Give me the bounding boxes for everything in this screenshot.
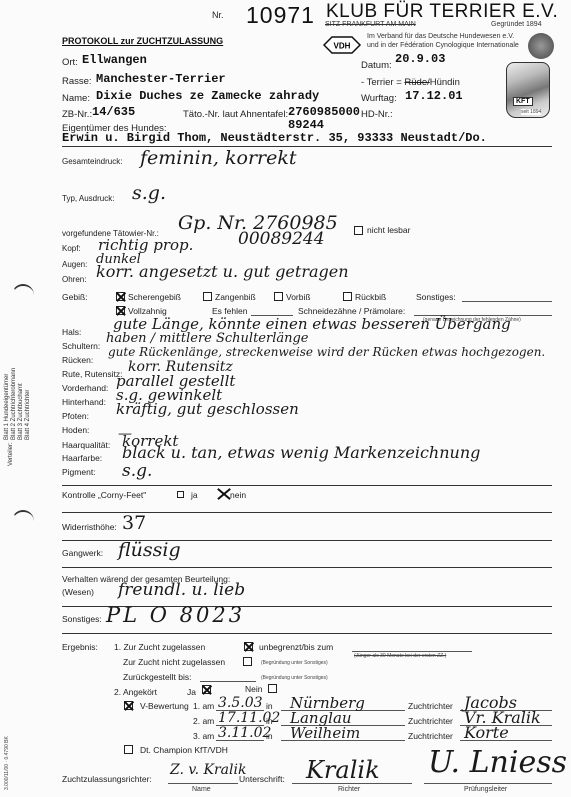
gebiss-label: Gebiß:	[62, 292, 88, 302]
blatt-4: Blatt 4 Zuchtrichter	[25, 390, 31, 440]
rasse-label: Rasse:	[62, 76, 92, 87]
unbegrenzt-hint: (Jünger als 30 Monate bei der ersten ZZ.…	[354, 653, 446, 659]
punch-hole-top	[12, 284, 34, 306]
verhalten-value: freundl. u. lieb	[118, 580, 245, 600]
nicht-zugelassen-hint: (Begründung unter Sonstiges)	[261, 660, 328, 666]
nicht-zugelassen-checkbox[interactable]	[243, 657, 252, 666]
print-code: 3.000/11/00 · 0.4790 BK	[4, 736, 10, 790]
ergebnis-label: Ergebnis:	[62, 642, 98, 652]
gesamteindruck-value: feminin, korrekt	[140, 147, 297, 169]
tato-label: Täto.-Nr. laut Ahnentafel:	[183, 109, 288, 120]
datum-value: 20.9.03	[395, 52, 445, 66]
zb-label: ZB-Nr.:	[62, 109, 92, 120]
tato-value-1: 2760985000	[288, 105, 360, 119]
ort-label: Ort:	[62, 57, 78, 68]
name-line[interactable]	[168, 783, 238, 784]
richter-signature: Kralik	[306, 756, 380, 784]
zuchtzulassungsrichter-label: Zuchtzulassungsrichter:	[62, 774, 152, 784]
bewertung-place: Weilheim	[290, 724, 360, 742]
pruefungsleiter-caption: Prüfungsleiter	[464, 786, 507, 793]
pfoten-label: Pfoten:	[62, 411, 89, 421]
form-title: PROTOKOLL zur ZUCHTZULASSUNG	[62, 36, 223, 46]
zugelassen-checkbox[interactable]	[244, 642, 253, 651]
bis-zum-line[interactable]	[352, 651, 472, 652]
rute-label: Rute, Rutensitz:	[62, 369, 122, 379]
tatowier-value-2: 00089244	[238, 229, 325, 249]
verteiler-label: Verteiler:	[8, 442, 14, 466]
bewertung-nr-label: 2. am	[193, 716, 214, 726]
gebiss-option-checkbox[interactable]	[203, 292, 212, 301]
bewertung-date: 3.5.03	[218, 695, 263, 711]
sex-field: - Terrier = Rüde/Hündin	[361, 77, 460, 88]
pruefungsleiter-signature: U. Lniess	[428, 745, 567, 780]
gebiss-sonstiges-line[interactable]	[462, 301, 552, 302]
blatt-1: Blatt 1 Hundeeigentümer	[4, 374, 10, 440]
zuchtrichter-label: Zuchtrichter	[408, 716, 453, 726]
divider	[62, 146, 552, 147]
ruecken-label: Rücken:	[62, 355, 93, 365]
blatt-3: Blatt 3 Zuchtbuchamt	[18, 383, 24, 440]
angekoert-ja-label: Ja	[187, 687, 196, 697]
ruecken-value: gute Rückenlänge, streckenweise wird der…	[108, 345, 545, 359]
zurueckgestellt-label: Zurückgestellt bis:	[123, 672, 192, 682]
corny-feet-label: Kontrolle „Corny-Feet"	[62, 490, 146, 500]
wurftag-label: Wurftag:	[361, 93, 397, 104]
zurueckgestellt-hint: (Begründung unter Sonstiges)	[261, 675, 328, 681]
nicht-zugelassen-label: Zur Zucht nicht zugelassen	[123, 657, 225, 667]
richter-caption: Richter	[338, 786, 360, 793]
bewertung-judge: Korte	[464, 723, 509, 742]
angekoert-nein-checkbox[interactable]	[268, 684, 277, 693]
champion-label: Dt. Champion KfT/VDH	[140, 745, 228, 755]
document-number: 10971	[246, 2, 315, 29]
divider	[62, 485, 552, 486]
pruefungsleiter-line[interactable]	[424, 783, 552, 784]
richter-line[interactable]	[292, 783, 412, 784]
schultern-label: Schultern:	[62, 341, 100, 351]
sonstiges-label: Sonstiges:	[62, 614, 102, 624]
typ-label: Typ, Ausdruck:	[62, 194, 114, 203]
punch-hole-bottom	[12, 510, 34, 532]
svg-text:VDH: VDH	[334, 42, 351, 51]
angekoert-label: 2. Angekört	[114, 687, 157, 697]
hals-label: Hals:	[62, 327, 81, 337]
ohren-value: korr. angesetzt u. gut getragen	[96, 262, 349, 281]
unbegrenzt-label: unbegrenzt/bis zum	[259, 642, 333, 652]
kft-logo: KFT seit 1894	[506, 62, 550, 118]
rasse-value: Manchester-Terrier	[96, 72, 226, 86]
haarfarbe-value: black u. tan, etwas wenig Markenzeichnun…	[122, 443, 480, 462]
hoden-label: Hoden:	[62, 425, 89, 435]
name-caption: Name	[192, 786, 211, 793]
gebiss-option-checkbox[interactable]	[274, 292, 283, 301]
corny-feet-nein-check-icon[interactable]	[216, 488, 230, 500]
pigment-value: s.g.	[122, 461, 152, 481]
gebiss-option-checkbox[interactable]	[116, 292, 125, 301]
gebiss-option-label: Scherengebiß	[128, 292, 181, 302]
angekoert-ja-checkbox[interactable]	[202, 685, 211, 694]
unterschrift-label: Unterschrift:	[239, 774, 285, 784]
v-bewertung-label: V-Bewertung	[140, 701, 189, 711]
association-line-1: Im Verband für das Deutsche Hundewesen e…	[367, 33, 514, 40]
gebiss-sonstiges-label: Sonstiges:	[416, 292, 456, 302]
divider	[62, 567, 552, 568]
zurueckgestellt-line[interactable]	[200, 681, 256, 682]
zuchtrichter-label: Zuchtrichter	[408, 701, 453, 711]
wesen-label: (Wesen)	[62, 587, 94, 597]
hinterhand-label: Hinterhand:	[62, 397, 106, 407]
widerristhoehe-value: 37	[122, 512, 146, 534]
typ-value: s.g.	[132, 182, 166, 204]
zb-value: 14/635	[92, 105, 135, 119]
gebiss-option-label: Zangenbiß	[215, 292, 256, 302]
blatt-2: Blatt 2 Zuchtrichterobmann	[11, 368, 17, 440]
divider	[62, 633, 552, 634]
vorderhand-label: Vorderhand:	[62, 383, 108, 393]
name-label: Name:	[62, 93, 90, 104]
gebiss-option-label: Rückbiß	[355, 292, 386, 302]
fci-seal-icon	[528, 33, 554, 59]
corny-feet-ja-label: ja	[191, 490, 198, 500]
angekoert-nein-label: Nein	[245, 684, 262, 694]
vdh-logo: VDH	[322, 35, 362, 55]
widerristhoehe-label: Widerristhöhe:	[62, 522, 117, 532]
kopf-label: Kopf:	[62, 244, 81, 253]
wurftag-value: 17.12.01	[405, 89, 463, 103]
nr-label: Nr.	[212, 10, 224, 20]
vollzahnig-checkbox[interactable]	[116, 306, 125, 315]
association-line-2: und in der Fédération Cynologique Intern…	[367, 42, 519, 49]
pfoten-value: kräftig, gut geschlossen	[116, 400, 299, 418]
pigment-label: Pigment:	[62, 467, 96, 477]
club-founded: Gegründet 1894	[491, 21, 542, 28]
bewertung-nr-label: 1. am	[193, 701, 214, 711]
name-value: Dixie Duches ze Zamecke zahrady	[96, 89, 319, 103]
augen-label: Augen:	[62, 260, 87, 269]
sonstiges-value: PL O 8023	[106, 603, 245, 627]
v-bewertung-checkbox[interactable]	[124, 701, 133, 710]
haarqualitaet-label: Haarqualität:	[62, 440, 110, 450]
zuchtzulassungsrichter-name: Z. v. Kralik	[170, 762, 246, 778]
bewertung-in-label: in	[266, 731, 273, 741]
nicht-lesbar-label: nicht lesbar	[367, 225, 410, 235]
bewertung-date: 3.11.02	[218, 725, 271, 741]
hd-label: HD-Nr.:	[361, 109, 393, 120]
gebiss-option-checkbox[interactable]	[343, 292, 352, 301]
nicht-lesbar-checkbox[interactable]	[354, 226, 363, 235]
schultern-value: haben / mittlere Schulterlänge	[106, 331, 309, 346]
club-seat: SITZ FRANKFURT AM MAIN	[325, 21, 416, 28]
ort-value: Ellwangen	[82, 53, 147, 67]
corny-feet-ja-checkbox[interactable]	[177, 491, 184, 498]
datum-label: Datum:	[361, 60, 392, 71]
zugelassen-label: 1. Zur Zucht zugelassen	[114, 642, 205, 652]
gangwerk-label: Gangwerk:	[62, 548, 103, 558]
gangwerk-value: flüssig	[118, 539, 181, 561]
bewertung-nr-label: 3. am	[193, 731, 214, 741]
owner-value: Erwin u. Birgid Thom, Neustädterstr. 35,…	[62, 131, 487, 145]
club-name: KLUB FÜR TERRIER E.V.	[326, 1, 558, 23]
haarfarbe-label: Haarfarbe:	[62, 453, 102, 463]
tato-value-2: 89244	[288, 118, 324, 132]
gebiss-option-label: Vorbiß	[286, 292, 311, 302]
zuchtrichter-label: Zuchtrichter	[408, 731, 453, 741]
corny-feet-nein-label: nein	[230, 490, 246, 500]
ohren-label: Ohren:	[62, 275, 86, 284]
champion-checkbox[interactable]	[124, 745, 133, 754]
gesamteindruck-label: Gesamteindruck:	[62, 157, 122, 166]
